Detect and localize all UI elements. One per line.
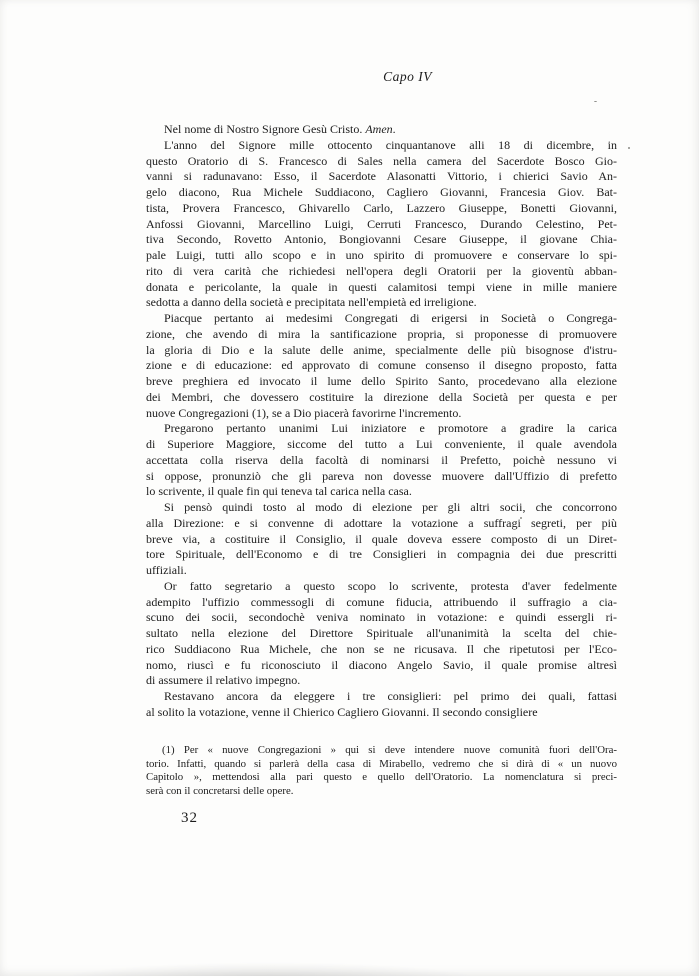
paragraph: Nel nome di Nostro Signore Gesù Cristo. …: [146, 122, 617, 138]
text-line: pale Luigi, tutti allo scopo e in uno sp…: [146, 248, 617, 264]
page-number: 32: [181, 810, 198, 827]
text-line: lo scrivente, il quale fin qui teneva ta…: [146, 484, 617, 500]
text-line: breve via, a costituire il Consiglio, il…: [146, 532, 617, 548]
text-line: (1) Per « nuove Congregazioni » qui si d…: [146, 744, 617, 758]
text-line: nomo, riuscì e fu riconosciuto il diacon…: [146, 658, 617, 674]
paragraph: L'anno del Signore mille ottocento cinqu…: [146, 138, 617, 311]
text-line: rico Suddiacono Rua Michele, che non se …: [146, 642, 617, 658]
scan-smudge: [60, 962, 480, 976]
scan-speck: [628, 147, 630, 149]
text-line: Restavano ancora da eleggere i tre consi…: [146, 689, 617, 705]
paragraph: (1) Per « nuove Congregazioni » qui si d…: [146, 744, 617, 798]
text-line: Si pensò quindi tosto al modo di elezion…: [146, 500, 617, 516]
footnote-block: (1) Per « nuove Congregazioni » qui si d…: [146, 744, 617, 798]
running-head: Capo IV: [146, 69, 643, 85]
text-line: breve preghiera ed invocato il lume dell…: [146, 374, 617, 390]
text-line: L'anno del Signore mille ottocento cinqu…: [146, 138, 617, 154]
text-line: Piacque pertanto ai medesimi Congregati …: [146, 311, 617, 327]
text-line: torio. Infatti, quando si parlerà della …: [146, 758, 617, 772]
scan-speck: [520, 517, 522, 519]
text-line: scuno dei socii, secondochè veniva nomin…: [146, 610, 617, 626]
text-line: questo Oratorio di S. Francesco di Sales…: [146, 154, 617, 170]
text-line: Nel nome di Nostro Signore Gesù Cristo. …: [146, 122, 617, 138]
text-line: si oppose, pronunziò che gli pareva non …: [146, 469, 617, 485]
text-line: sultato nella elezione del Direttore Spi…: [146, 626, 617, 642]
text-line: Or fatto segretario a questo scopo lo sc…: [146, 579, 617, 595]
text-line: gelo diacono, Rua Michele Suddiacono, Ca…: [146, 185, 617, 201]
text-line: accettata colla riserva della facoltà di…: [146, 453, 617, 469]
text-line: Capitolo », mettendosi alla pari questo …: [146, 771, 617, 785]
text-line: tore Spirituale, dell'Economo e di tre C…: [146, 547, 617, 563]
text-line: dei Membri, che dovessero costituire la …: [146, 390, 617, 406]
text-line: di Superiore Maggiore, siccome del tutto…: [146, 437, 617, 453]
text-line: al solito la votazione, venne il Chieric…: [146, 705, 617, 721]
text-line: vanni si radunavano: Esso, il Sacerdote …: [146, 169, 617, 185]
text-line: la gloria di Dio e la salute delle anime…: [146, 343, 617, 359]
text-line: donata e pericolante, la quale in questi…: [146, 280, 617, 296]
text-line: di assumere il relativo impegno.: [146, 673, 617, 689]
scanned-book-page: Capo IV Nel nome di Nostro Signore Gesù …: [0, 0, 699, 976]
text-line: nuove Congregazioni (1), se a Dio piacer…: [146, 406, 617, 422]
text-line: zione, che avendo di mira la santificazi…: [146, 327, 617, 343]
text-line: serà con il concretarsi delle opere.: [146, 785, 617, 799]
text-line: uffiziali.: [146, 563, 617, 579]
text-line: adempito l'uffizio commessogli di comune…: [146, 595, 617, 611]
paragraph: Restavano ancora da eleggere i tre consi…: [146, 689, 617, 721]
body-text-block: Nel nome di Nostro Signore Gesù Cristo. …: [146, 122, 617, 721]
text-line: Pregarono pertanto unanimi Lui iniziator…: [146, 421, 617, 437]
text-line: Anfossi Giovanni, Marcellino Luigi, Cerr…: [146, 217, 617, 233]
text-line: tiva Secondo, Rovetto Antonio, Bongiovan…: [146, 232, 617, 248]
scan-speck: [594, 101, 597, 102]
text-line: rito di vera carità che richiedesi nell'…: [146, 264, 617, 280]
text-line: tista, Provera Francesco, Ghivarello Car…: [146, 201, 617, 217]
paragraph: Or fatto segretario a questo scopo lo sc…: [146, 579, 617, 689]
text-line: alla Direzione: e si convenne di adottar…: [146, 516, 617, 532]
paragraph: Pregarono pertanto unanimi Lui iniziator…: [146, 421, 617, 500]
text-line: sedotta a danno della società e precipit…: [146, 295, 617, 311]
text-line: zione e di educazione: ed approvato di c…: [146, 358, 617, 374]
paragraph: Piacque pertanto ai medesimi Congregati …: [146, 311, 617, 421]
paragraph: Si pensò quindi tosto al modo di elezion…: [146, 500, 617, 579]
